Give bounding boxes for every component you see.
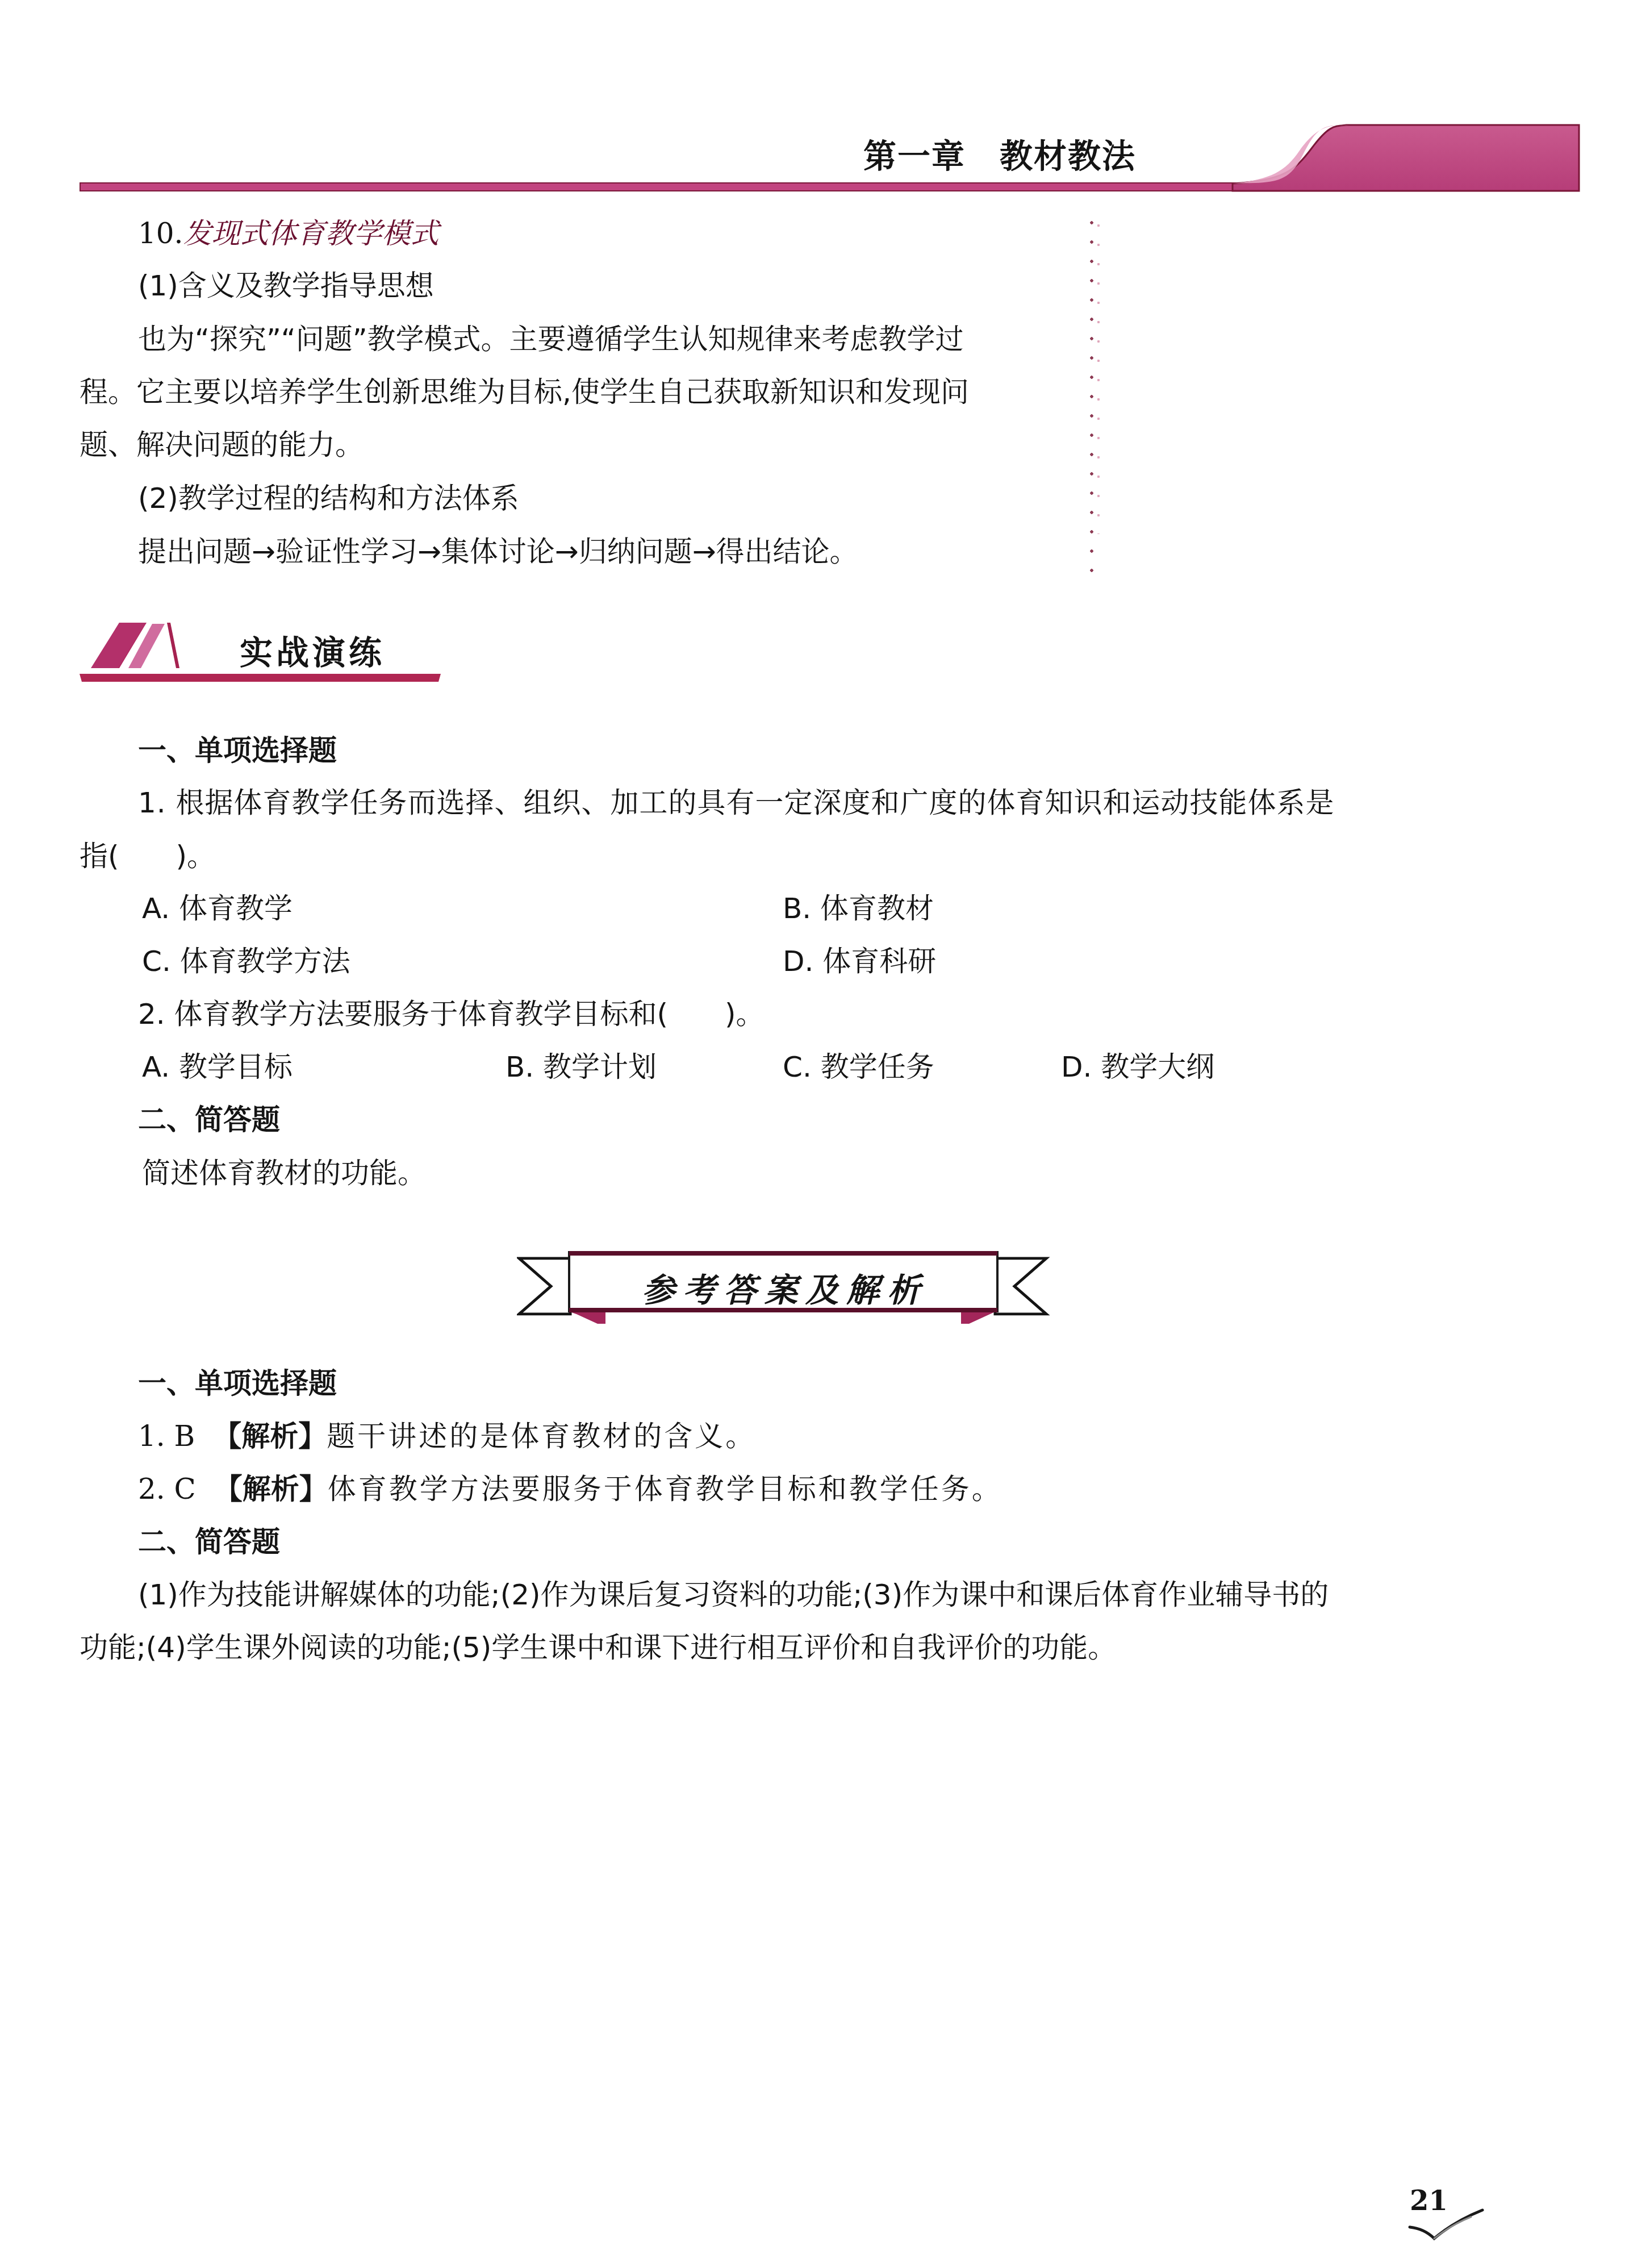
paragraph-line-2: 程。它主要以培养学生创新思维为目标,使学生自己获取新知识和发现问 xyxy=(80,374,969,410)
process-flow: 提出问题→验证性学习→集体讨论→归纳问题→得出结论。 xyxy=(138,534,858,569)
question-2-stem: 2. 体育教学方法要服务于体育教学目标和( )。 xyxy=(138,997,765,1032)
answer-2-tag: 【解析】 xyxy=(214,1473,328,1506)
answer-2: 2. C【解析】体育教学方法要服务于体育教学目标和教学任务。 xyxy=(138,1471,1003,1507)
answers-single-choice-heading: 一、单项选择题 xyxy=(138,1366,337,1401)
answers-section: 一、单项选择题 1. B【解析】题干讲述的是体育教材的含义。 2. C【解析】体… xyxy=(0,1366,1629,1684)
short-answer-heading: 二、简答题 xyxy=(138,1102,280,1137)
practice-title: 实战演练 xyxy=(240,626,385,674)
question-1-option-a: A. 体育教学 xyxy=(142,891,293,926)
question-1-stem-line-2: 指( )。 xyxy=(80,839,215,874)
section-title: 发现式体育教学模式 xyxy=(183,217,439,250)
question-1-option-c: C. 体育教学方法 xyxy=(142,944,350,979)
short-answer-line-2: 功能;(4)学生课外阅读的功能;(5)学生课中和课下进行相互评价和自我评价的功能… xyxy=(80,1630,1116,1665)
question-1-option-b: B. 体育教材 xyxy=(783,891,934,926)
answers-title: 参考答案及解析 xyxy=(642,1264,928,1311)
question-1-option-d: D. 体育科研 xyxy=(783,944,936,979)
section-number: 10. xyxy=(138,217,183,250)
answer-1-text: 题干讲述的是体育教材的含义。 xyxy=(327,1420,756,1453)
question-1-stem-line-1: 1. 根据体育教学任务而选择、组织、加工的具有一定深度和广度的体育知识和运动技能… xyxy=(138,785,1335,820)
question-2-option-d: D. 教学大纲 xyxy=(1061,1049,1214,1085)
dotted-margin-border-light xyxy=(1096,216,1101,534)
practice-banner: 实战演练 xyxy=(80,619,443,687)
chapter-title: 第一章 教材教法 xyxy=(863,130,1136,177)
answer-1-label: 1. B xyxy=(138,1420,195,1453)
short-answer-line-1: (1)作为技能讲解媒体的功能;(2)作为课后复习资料的功能;(3)作为课中和课后… xyxy=(138,1577,1329,1612)
answer-2-text: 体育教学方法要服务于体育教学目标和教学任务。 xyxy=(328,1473,1003,1506)
question-2-option-a: A. 教学目标 xyxy=(142,1049,293,1085)
question-2-option-c: C. 教学任务 xyxy=(783,1049,934,1085)
answer-1: 1. B【解析】题干讲述的是体育教材的含义。 xyxy=(138,1419,756,1454)
single-choice-heading: 一、单项选择题 xyxy=(138,733,337,768)
dotted-margin-border xyxy=(1089,213,1094,577)
header-ribbon-graphic xyxy=(0,0,1629,205)
question-2-option-b: B. 教学计划 xyxy=(506,1049,657,1085)
section-discovery-model: 10.发现式体育教学模式 (1)含义及教学指导思想 也为“探究”“问题”教学模式… xyxy=(0,216,1113,591)
paragraph-line-3: 题、解决问题的能力。 xyxy=(80,427,364,462)
answer-2-label: 2. C xyxy=(138,1473,196,1506)
subheading-meaning: (1)含义及教学指导思想 xyxy=(138,268,434,303)
answer-1-tag: 【解析】 xyxy=(213,1420,327,1453)
practice-questions: 一、单项选择题 1. 根据体育教学任务而选择、组织、加工的具有一定深度和广度的体… xyxy=(0,733,1629,1221)
section-heading: 10.发现式体育教学模式 xyxy=(138,216,439,251)
answers-banner: 参考答案及解析 xyxy=(517,1239,1051,1324)
answers-short-answer-heading: 二、简答题 xyxy=(138,1524,280,1560)
paragraph-line-1: 也为“探究”“问题”教学模式。主要遵循学生认知规律来考虑教学过 xyxy=(138,322,964,357)
subheading-structure: (2)教学过程的结构和方法体系 xyxy=(138,481,519,516)
short-answer-question: 简述体育教材的功能。 xyxy=(142,1156,426,1191)
checkmark-icon xyxy=(1403,2203,1488,2249)
page-footer: 21 xyxy=(1403,2186,1539,2249)
chapter-header: 第一章 教材教法 xyxy=(0,0,1629,205)
